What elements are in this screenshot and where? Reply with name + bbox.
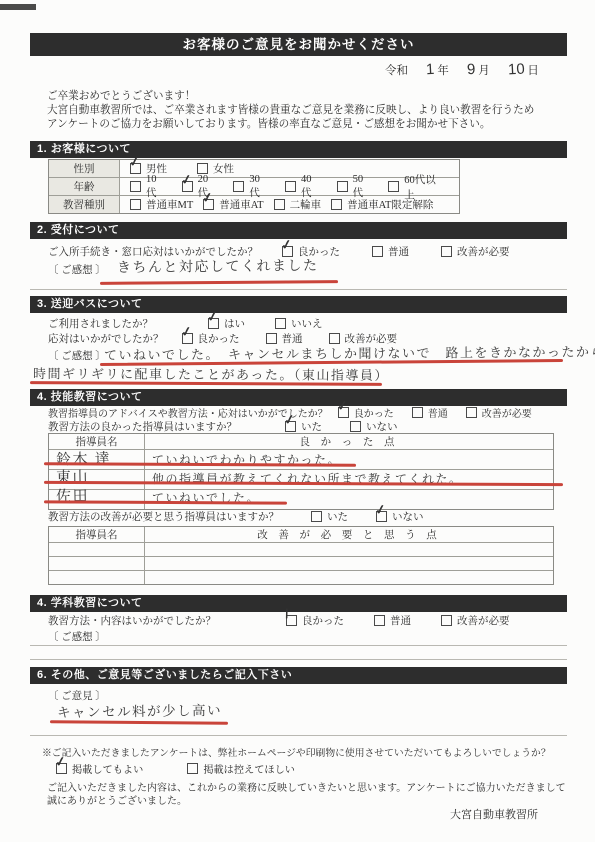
name-cell[interactable] bbox=[49, 571, 145, 584]
row-label: 年齢 bbox=[49, 178, 120, 195]
checkmark: ✓ bbox=[128, 154, 141, 169]
checkbox-option-normal[interactable]: 普通 bbox=[372, 244, 409, 259]
bus-usage-question-row: ご利用されましたか？ ✓はい いいえ bbox=[48, 316, 349, 331]
good-instructor-question-row: 教習方法の良かった指導員はいますか？ ✓いた いない bbox=[48, 419, 424, 434]
checkbox[interactable] bbox=[275, 318, 286, 329]
column-header-point: 良 か っ た 点 bbox=[145, 434, 553, 449]
checkbox-label: 普通車AT bbox=[219, 197, 263, 212]
checkbox-option-ita[interactable]: ✓いた bbox=[285, 419, 322, 434]
questionnaire-page: お客様のご意見をお聞かせください 令和 1 年 9 月 10 日 ご卒業おめでと… bbox=[0, 0, 595, 842]
checkbox-label: いた bbox=[301, 419, 322, 434]
checkmark: ✓ bbox=[336, 398, 349, 413]
intro-line: アンケートのご協力をお願いしております。皆様の率直なご意見・ご感想をお聞かせ下さ… bbox=[47, 118, 572, 132]
checkbox[interactable] bbox=[337, 181, 348, 192]
checkbox[interactable]: ✓ bbox=[182, 333, 193, 344]
checkbox-label: いない bbox=[366, 419, 398, 434]
checkbox-label: 女性 bbox=[213, 161, 234, 176]
date-line: 令和 1 年 9 月 10 日 bbox=[385, 61, 539, 78]
checkmark: ✓ bbox=[179, 324, 192, 339]
publication-options-row: ✓掲載してもよい 掲載は控えてほしい bbox=[56, 761, 321, 776]
checkbox-option-needs-improvement[interactable]: 改善が必要 bbox=[441, 613, 510, 628]
point-cell[interactable] bbox=[145, 557, 553, 570]
row-label: 性別 bbox=[49, 160, 120, 177]
checkbox[interactable] bbox=[388, 181, 399, 192]
checkbox-option-ita[interactable]: いた bbox=[311, 509, 348, 524]
checkbox-label: 良かった bbox=[302, 613, 344, 628]
checkbox[interactable]: ✓ bbox=[56, 763, 67, 774]
checkbox[interactable]: ✓ bbox=[182, 181, 193, 192]
checkbox[interactable]: ✓ bbox=[130, 163, 141, 174]
checkbox[interactable] bbox=[350, 421, 361, 432]
ruled-line bbox=[30, 735, 567, 736]
handwritten-opinion: キャンセル料が少し高い bbox=[57, 699, 222, 721]
ruled-line bbox=[30, 659, 567, 660]
ruled-line bbox=[30, 645, 567, 646]
handwritten-comment: きちんと対応してくれました bbox=[117, 255, 319, 277]
table-row bbox=[49, 489, 553, 509]
question-text: 教習方法の良かった指導員はいますか？ bbox=[48, 419, 237, 434]
year-unit: 年 bbox=[437, 62, 449, 78]
checkbox-option-publish-ok[interactable]: ✓掲載してもよい bbox=[56, 761, 143, 776]
name-cell[interactable] bbox=[49, 557, 145, 570]
checkbox-option-normal[interactable]: 普通 bbox=[412, 405, 448, 420]
checkbox-option-at[interactable]: ✓普通車AT bbox=[203, 197, 263, 212]
checkbox[interactable] bbox=[130, 199, 141, 210]
checkbox-label: 普通 bbox=[390, 613, 411, 628]
checkbox[interactable]: / bbox=[286, 615, 297, 626]
section3-header: 3. 送迎バスについて bbox=[30, 296, 567, 313]
improve-instructor-question-row: 教習方法の改善が必要と思う指導員はいますか？ いた ✓いない bbox=[48, 509, 450, 524]
checkbox-label: 改善が必要 bbox=[457, 244, 510, 259]
checkmark: ✓ bbox=[54, 754, 67, 769]
checkbox-label: いない bbox=[392, 509, 424, 524]
checkbox-option-mt[interactable]: 普通車MT bbox=[130, 197, 193, 212]
checkbox[interactable]: ✓ bbox=[338, 407, 349, 418]
red-underline bbox=[50, 720, 228, 724]
checkbox[interactable] bbox=[331, 199, 342, 210]
school-signature: 大宮自動車教習所 bbox=[450, 806, 538, 822]
checkbox[interactable] bbox=[197, 163, 208, 174]
checkbox-label: 普通 bbox=[428, 405, 448, 420]
table-row-age: 年齢 10代 ✓20代 30代 40代 50代 60代以上 bbox=[49, 177, 459, 195]
checkbox[interactable] bbox=[466, 407, 477, 418]
red-underline bbox=[30, 381, 382, 385]
checkbox[interactable] bbox=[441, 246, 452, 257]
checkbox-label: 普通 bbox=[388, 244, 409, 259]
checkbox[interactable]: ✓ bbox=[285, 421, 296, 432]
checkbox-option-motorcycle[interactable]: 二輪車 bbox=[274, 197, 322, 212]
checkbox-label: いた bbox=[327, 509, 348, 524]
checkbox-option-good[interactable]: /良かった bbox=[286, 613, 344, 628]
checkbox[interactable] bbox=[274, 199, 285, 210]
thanks-line: ご記入いただきました内容は、これからの業務に反映していきたいと思います。アンケー… bbox=[47, 782, 572, 795]
checkbox-label: 改善が必要 bbox=[457, 613, 510, 628]
row-label: 教習種別 bbox=[49, 196, 120, 213]
ruled-line bbox=[30, 289, 567, 290]
table-row bbox=[49, 542, 553, 556]
intro-paragraph: ご卒業おめでとうございます！ 大宮自動車教習所では、ご卒業されます皆様の貴重なご… bbox=[47, 90, 572, 132]
checkbox-option-yes[interactable]: ✓はい bbox=[208, 316, 245, 331]
intro-line: 大宮自動車教習所では、ご卒業されます皆様の貴重なご意見を業務に反映し、より良い教… bbox=[47, 104, 572, 118]
intro-line: ご卒業おめでとうございます！ bbox=[47, 90, 572, 104]
lecture-question-row: 教習方法・内容はいかがでしたか？ /良かった 普通 改善が必要 bbox=[48, 613, 536, 628]
checkbox-label: 改善が必要 bbox=[482, 405, 532, 420]
section6-header: 6. その他、ご意見等ございましたらご記入下さい bbox=[30, 667, 567, 684]
checkbox[interactable]: ✓ bbox=[376, 511, 387, 522]
point-cell[interactable] bbox=[145, 571, 553, 584]
day-unit: 日 bbox=[527, 62, 539, 78]
checkmark: ✓ bbox=[374, 502, 387, 517]
checkbox-option-needs-improvement[interactable]: 改善が必要 bbox=[441, 244, 510, 259]
checkbox[interactable] bbox=[311, 511, 322, 522]
checkbox-option-normal[interactable]: 普通 bbox=[374, 613, 411, 628]
table-row bbox=[49, 570, 553, 584]
name-cell[interactable] bbox=[49, 543, 145, 556]
checkmark: ✓ bbox=[201, 190, 214, 205]
checkbox[interactable] bbox=[187, 763, 198, 774]
table-row-course-type: 教習種別 普通車MT ✓普通車AT 二輪車 普通車AT限定解除 bbox=[49, 195, 459, 213]
checkbox-label: 普通車AT限定解除 bbox=[347, 197, 433, 212]
point-cell[interactable] bbox=[145, 543, 553, 556]
checkbox-label: 普通車MT bbox=[146, 197, 193, 212]
checkbox[interactable] bbox=[285, 181, 296, 192]
question-text: ご利用されましたか？ bbox=[48, 316, 153, 331]
checkbox-option-publish-refrain[interactable]: 掲載は控えてほしい bbox=[187, 761, 295, 776]
page-title: お客様のご意見をお聞かせください bbox=[30, 33, 567, 56]
checkbox-label: 良かった bbox=[354, 405, 394, 420]
checkbox-label: 掲載してもよい bbox=[72, 761, 143, 776]
day-value-handwritten: 10 bbox=[507, 61, 525, 79]
checkbox-option-good[interactable]: ✓良かった bbox=[338, 405, 394, 420]
checkbox-option-inai[interactable]: ✓いない bbox=[376, 509, 424, 524]
section2-header: 2. 受付について bbox=[30, 222, 567, 239]
column-header-point: 改 善 が 必 要 と 思 う 点 bbox=[145, 527, 553, 542]
checkbox-option-no[interactable]: いいえ bbox=[275, 316, 323, 331]
section1-header: 1. お客様について bbox=[30, 141, 567, 158]
improve-instructor-table: 指導員名 改 善 が 必 要 と 思 う 点 bbox=[48, 526, 554, 585]
month-value-handwritten: 9 bbox=[466, 61, 475, 78]
checkbox[interactable]: ✓ bbox=[203, 199, 214, 210]
checkmark: ✓ bbox=[280, 237, 293, 252]
question-text: 教習方法・内容はいかがでしたか？ bbox=[48, 613, 216, 628]
checkmark: ✓ bbox=[206, 309, 219, 324]
checkbox[interactable] bbox=[266, 333, 277, 344]
red-underline bbox=[100, 280, 338, 284]
checkbox-label: はい bbox=[224, 316, 245, 331]
checkbox-option-at-limited[interactable]: 普通車AT限定解除 bbox=[331, 197, 433, 212]
month-unit: 月 bbox=[478, 62, 490, 78]
checkbox[interactable] bbox=[233, 181, 244, 192]
checkbox[interactable] bbox=[374, 615, 385, 626]
checkbox-option-needs-improvement[interactable]: 改善が必要 bbox=[466, 405, 532, 420]
checkbox[interactable] bbox=[441, 615, 452, 626]
column-header-name: 指導員名 bbox=[49, 527, 145, 542]
era-label: 令和 bbox=[385, 62, 408, 78]
comment-label: 〔 ご感想 〕 bbox=[48, 262, 106, 277]
comment-label: 〔 ご感想 〕 bbox=[48, 348, 106, 363]
table-header-row: 指導員名 良 か っ た 点 bbox=[49, 434, 553, 449]
checkbox-label: 掲載は控えてほしい bbox=[203, 761, 295, 776]
comment-label: 〔 ご感想 〕 bbox=[48, 629, 106, 644]
thanks-paragraph: ご記入いただきました内容は、これからの業務に反映していきたいと思います。アンケー… bbox=[47, 782, 572, 808]
checkbox-label: いいえ bbox=[291, 316, 323, 331]
section4-header: 4. 技能教習について bbox=[30, 389, 567, 406]
year-value-handwritten: 1 bbox=[426, 61, 435, 78]
checkbox[interactable] bbox=[372, 246, 383, 257]
checkbox-label: 二輪車 bbox=[290, 197, 322, 212]
publication-consent-note: ※ご記入いただきましたアンケートは、弊社ホームページや印刷物に使用させていただい… bbox=[42, 747, 572, 760]
customer-info-table: 性別 ✓男性 女性 年齢 10代 ✓20代 30代 40代 50代 60代以上 … bbox=[48, 159, 460, 214]
section5-header: 4. 学科教習について bbox=[30, 595, 567, 612]
checkbox-option-female[interactable]: 女性 bbox=[197, 161, 234, 176]
checkbox-option-inai[interactable]: いない bbox=[350, 419, 398, 434]
checkbox[interactable]: ✓ bbox=[208, 318, 219, 329]
question-text: 教習方法の改善が必要と思う指導員はいますか？ bbox=[48, 509, 279, 524]
checkbox[interactable] bbox=[130, 181, 141, 192]
checkbox[interactable] bbox=[412, 407, 423, 418]
checkmark: ✓ bbox=[283, 412, 296, 427]
table-header-row: 指導員名 改 善 が 必 要 と 思 う 点 bbox=[49, 527, 553, 542]
table-row bbox=[49, 556, 553, 570]
scan-artifact bbox=[0, 4, 36, 10]
checkmark: ✓ bbox=[180, 172, 193, 187]
